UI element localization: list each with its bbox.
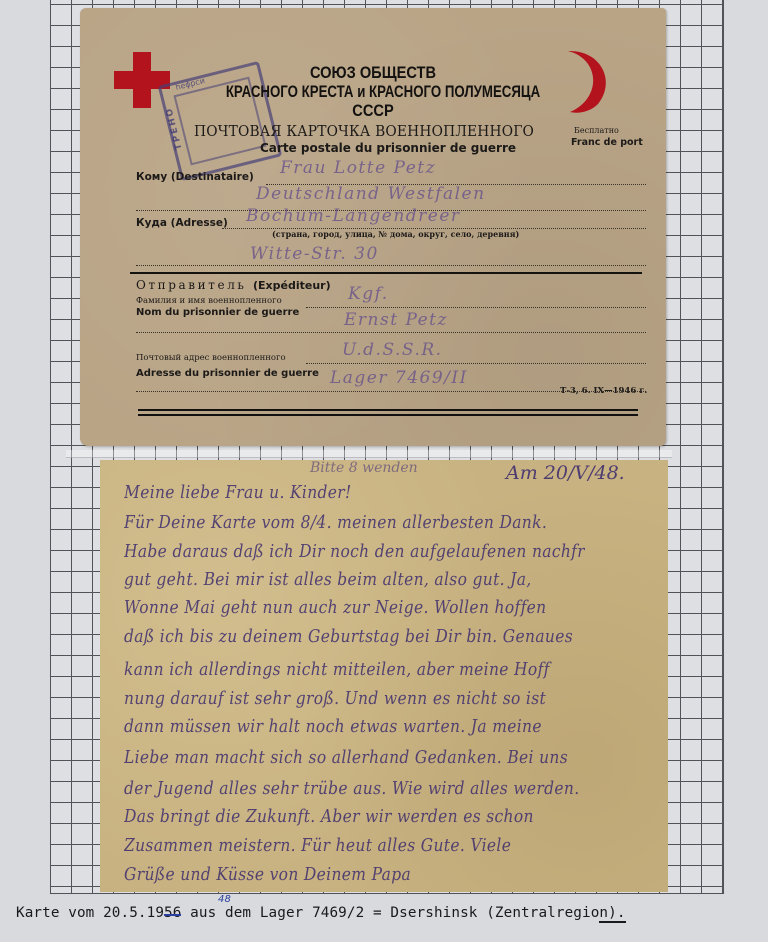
postcard-front: ᴎɔdɸǝɥ ТРЕНО СОЮЗ ОБЩЕСТВ КРАСНОГО КРЕСТ… (80, 8, 666, 446)
recipient-name: Frau Lotte Petz (280, 158, 436, 178)
letter-line: Für Deine Karte vom 8/4. meinen allerbes… (124, 512, 585, 533)
struck-year-digits: 56 (164, 905, 181, 921)
sender-camp: Lager 7469/II (330, 368, 468, 388)
album-caption: Karte vom 20.5.195648 aus dem Lager 7469… (16, 905, 626, 921)
address-street: Witte-Str. 30 (250, 244, 379, 264)
sender-name-line-2 (136, 332, 646, 333)
sender-name-label-russian: Фамилия и имя военнопленного (136, 296, 282, 306)
letter-date: Am 20/V/48. (506, 462, 625, 484)
card-title-french: Carte postale du prisonnier de guerre (260, 141, 516, 155)
bottom-rule-1 (138, 409, 638, 411)
header-line-1: СОЮЗ ОБЩЕСТВ (121, 63, 625, 83)
letter-line: Wonne Mai geht nun auch zur Neige. Wolle… (124, 597, 585, 618)
postcard-back-letter: Bitte 8 wenden Am 20/V/48. Meine liebe F… (100, 460, 668, 892)
sender-address-label-french: Adresse du prisonnier de guerre (136, 368, 319, 379)
sender-name-line-1 (306, 307, 646, 308)
letter-line: nung darauf ist sehr groß. Und wenn es n… (124, 688, 585, 709)
letter-line: dann müssen wir halt noch etwas warten. … (124, 716, 585, 737)
letter-line: Habe daraus daß ich Dir noch den aufgela… (124, 541, 585, 562)
letter-line: Zusammen meistern. Für heut alles Gute. … (124, 835, 585, 856)
letter-line: Meine liebe Frau u. Kinder! (124, 482, 585, 503)
recipient-country: Deutschland Westfalen (256, 184, 486, 204)
postage-free-french: Franc de port (571, 137, 643, 148)
card-title-russian: ПОЧТОВАЯ КАРТОЧКА ВОЕННОПЛЕННОГО (194, 122, 534, 140)
recipient-label: Кому (Destinataire) (136, 171, 254, 183)
header-line-3: СССР (121, 101, 625, 121)
letter-line: Das bringt die Zukunft. Aber wir werden … (124, 806, 585, 827)
sender-address-line-1 (306, 363, 646, 364)
postage-free-russian: Бесплатно (574, 126, 619, 135)
sender-rank: Kgf. (348, 284, 389, 304)
header-line-2: КРАСНОГО КРЕСТА и КРАСНОГО ПОЛУМЕСЯЦА (154, 82, 611, 102)
letter-line: Grüße und Küsse von Deinem Papa (124, 864, 585, 885)
sender-label: Отправитель (Expéditeur) (136, 278, 331, 292)
sender-name: Ernst Petz (344, 310, 448, 330)
letter-line: daß ich bis zu deinem Geburtstag bei Dir… (124, 626, 585, 647)
album-page-margin-left (0, 0, 49, 942)
address-line-2 (136, 265, 646, 266)
mounting-strip (66, 450, 672, 458)
handwritten-correction: 48 (218, 894, 231, 905)
letter-line: kann ich allerdings nicht mitteilen, abe… (124, 659, 585, 680)
address-city: Bochum-Langendreer (246, 206, 461, 226)
form-number: Т-3, 6. IX—1946 г. (560, 386, 647, 396)
album-page-margin-right (725, 0, 768, 942)
sender-name-label-french: Nom du prisonnier de guerre (136, 307, 299, 318)
letter-faint-header: Bitte 8 wenden (310, 460, 418, 476)
letter-line: gut geht. Bei mir ist alles beim alten, … (124, 569, 585, 590)
sender-country: U.d.S.S.R. (342, 340, 443, 360)
address-label: Куда (Adresse) (136, 217, 228, 229)
section-divider (130, 272, 642, 274)
letter-line: der Jugend alles sehr trübe aus. Wie wir… (124, 778, 585, 799)
address-hint: (страна, город, улица, № дома, округ, се… (272, 229, 519, 239)
sender-address-label-russian: Почтовый адрес военнопленного (136, 353, 286, 363)
letter-line: Liebe man macht sich so allerhand Gedank… (124, 747, 585, 768)
bottom-rule-2 (138, 414, 638, 416)
